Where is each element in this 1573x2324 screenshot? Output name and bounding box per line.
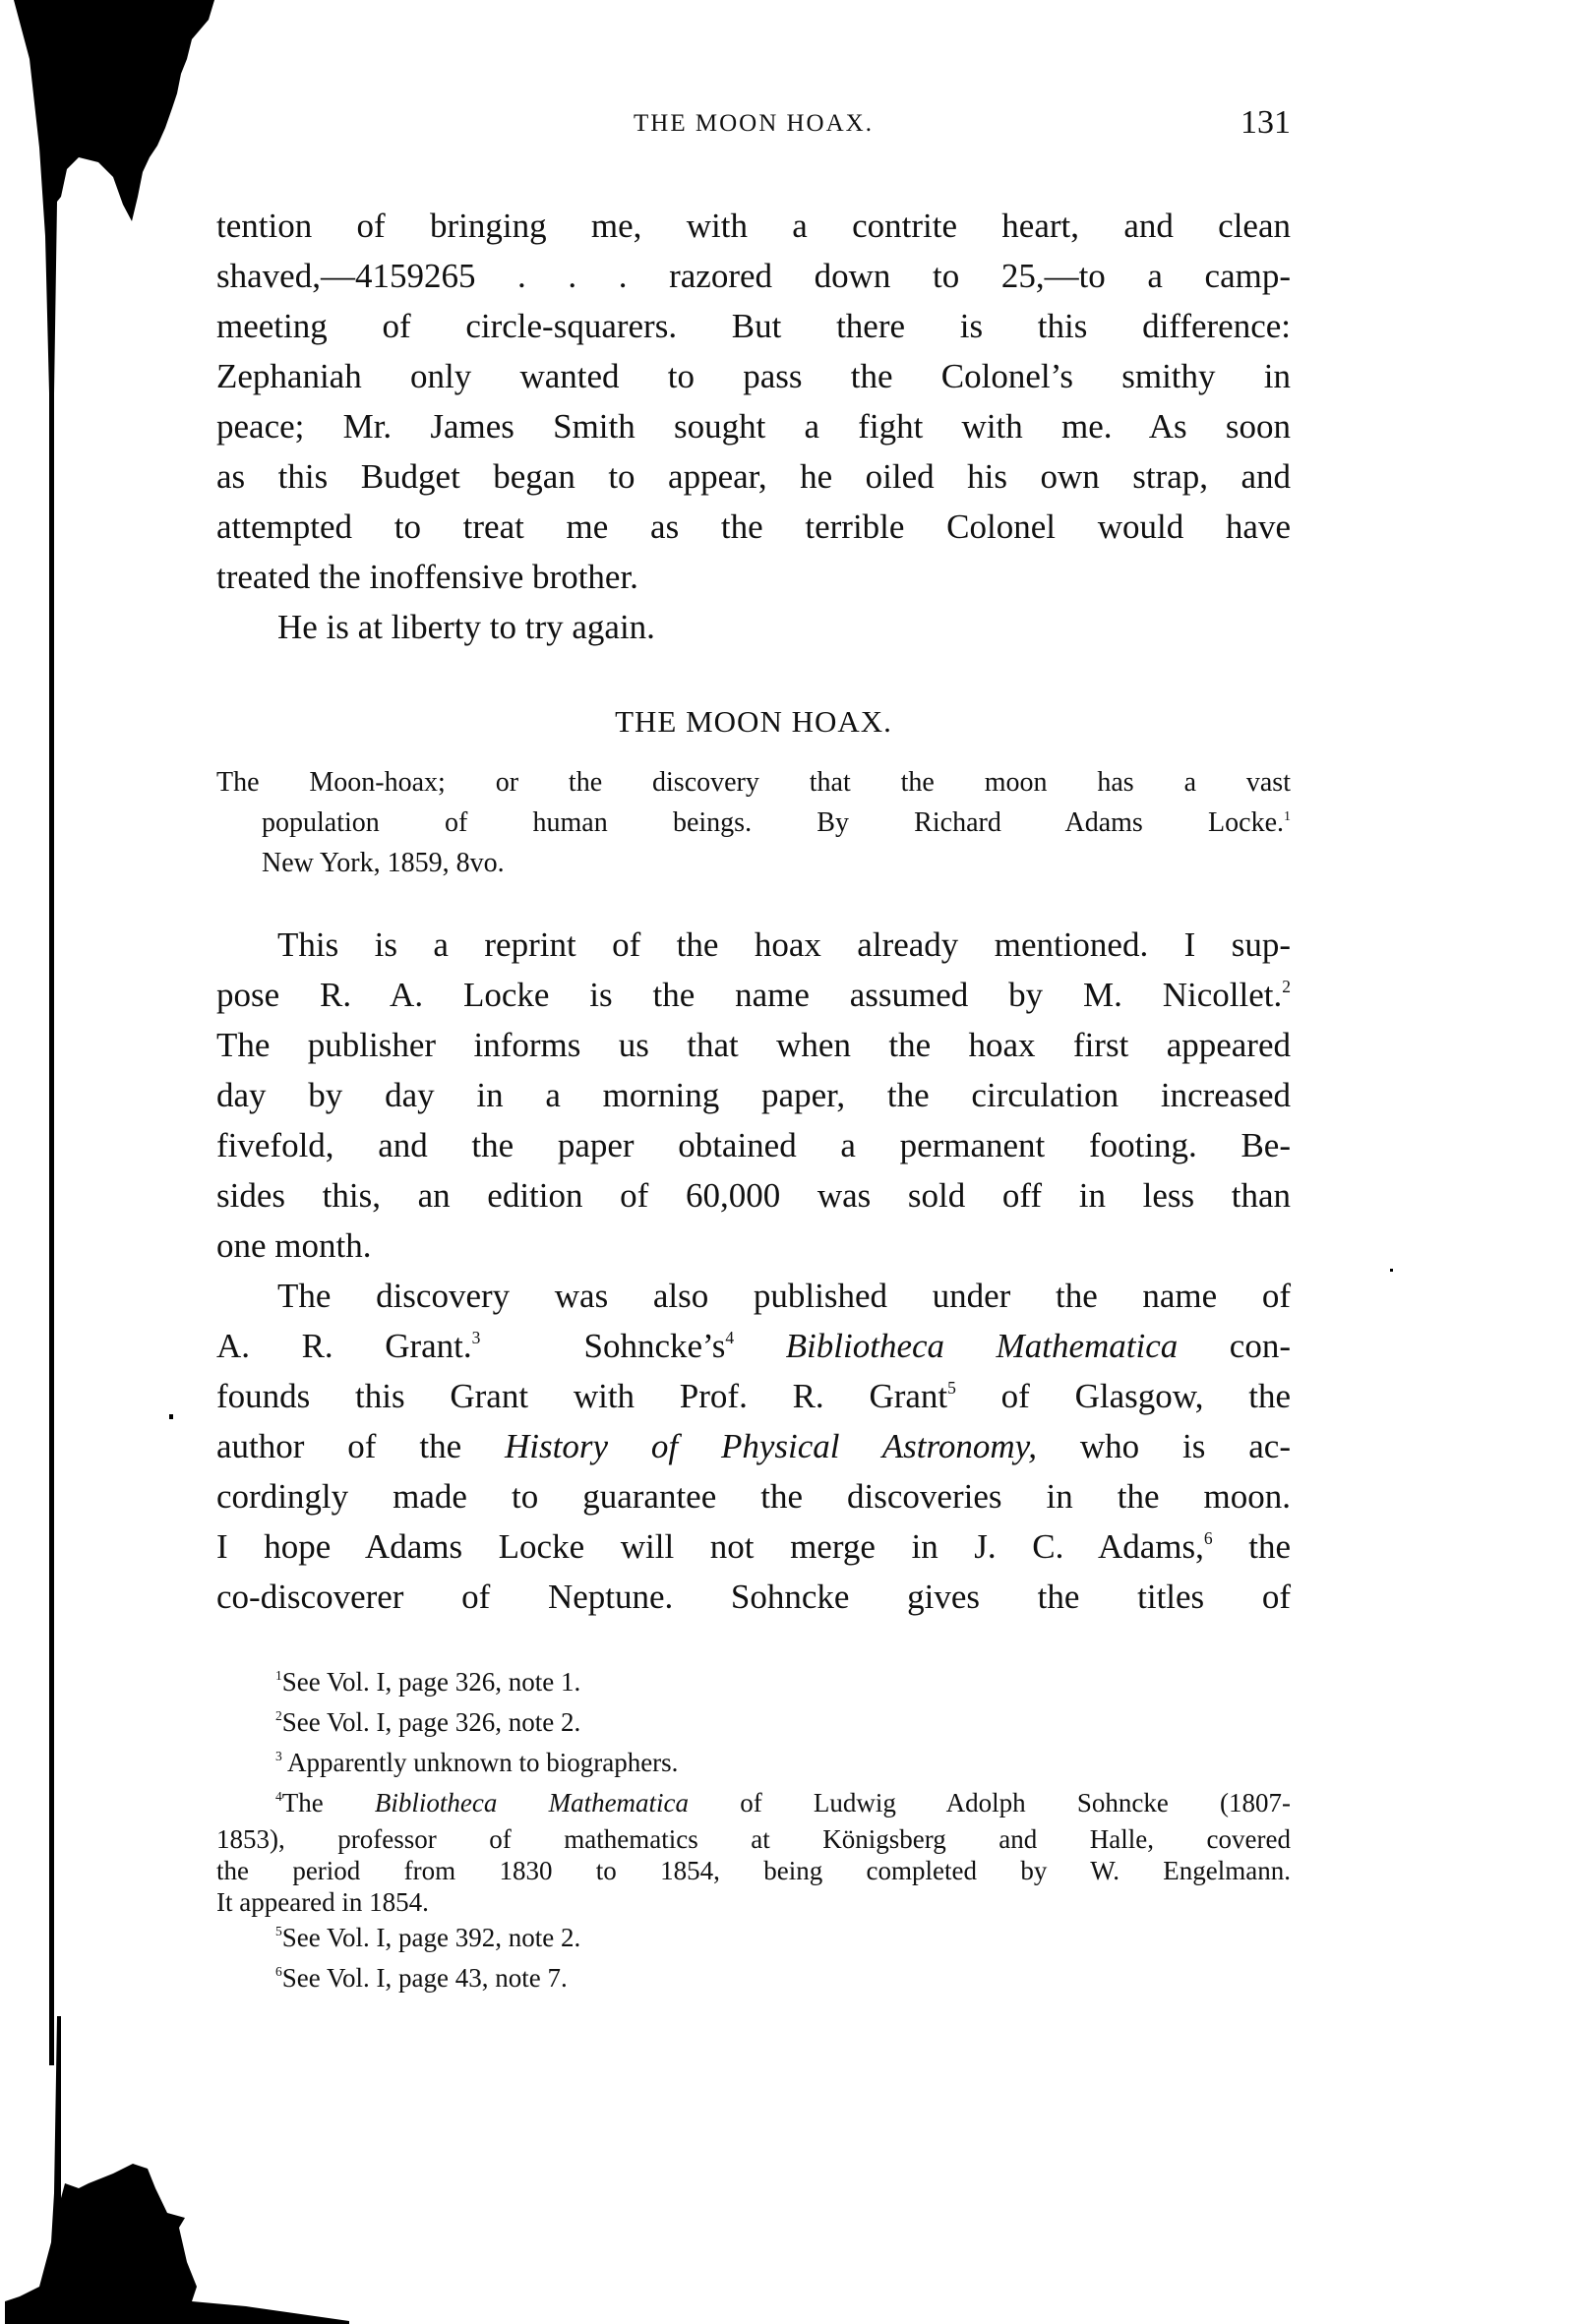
speck (169, 1414, 173, 1419)
continuation-paragraph: tention of bringing me, with a contrite … (216, 201, 1291, 652)
footnote-mark: 2 (275, 1708, 282, 1723)
text-line: A. R. Grant.3 Sohncke’s4 Bibliotheca Mat… (216, 1321, 1291, 1371)
footnote-text: See Vol. I, page 43, note 7. (282, 1963, 568, 1993)
scan-edge-left-line (47, 295, 57, 2065)
footnote-3: 3 Apparently unknown to biographers. (216, 1743, 1291, 1783)
footnote-mark: 5 (275, 1924, 282, 1938)
footnote-text: Apparently unknown to biographers. (282, 1748, 679, 1777)
footnote-ref[interactable]: 5 (947, 1378, 956, 1398)
footnote-mark: 3 (275, 1749, 282, 1763)
text-segment: pose R. A. Locke is the name assumed by … (216, 976, 1282, 1014)
speck (1390, 1269, 1393, 1272)
text-segment: founds this Grant with Prof. R. Grant (216, 1377, 947, 1415)
book-title: Bibliotheca Mathematica (786, 1327, 1179, 1365)
footnote-5: 5See Vol. I, page 392, note 2. (216, 1918, 1291, 1958)
footnote-4: 4The Bibliotheca Mathematica of Ludwig A… (216, 1783, 1291, 1823)
footnote-text: See Vol. I, page 392, note 2. (282, 1923, 580, 1952)
text-line: pose R. A. Locke is the name assumed by … (216, 970, 1291, 1020)
text-line: co-discoverer of Neptune. Sohncke gives … (216, 1572, 1291, 1622)
footnote-ref[interactable]: 6 (1204, 1528, 1213, 1548)
footnote-1: 1See Vol. I, page 326, note 1. (216, 1662, 1291, 1702)
text-line: sides this, an edition of 60,000 was sol… (216, 1170, 1291, 1221)
citation-line: population of human beings. By Richard A… (216, 803, 1291, 843)
page-number: 131 (1240, 104, 1291, 142)
text-line: This is a reprint of the hoax already me… (216, 920, 1291, 970)
footnote-ref[interactable]: 2 (1282, 977, 1291, 996)
text-segment: the (1213, 1527, 1291, 1566)
footnote-text: The (282, 1788, 375, 1817)
text-line: I hope Adams Locke will not merge in J. … (216, 1521, 1291, 1572)
text-line: author of the History of Physical Astron… (216, 1421, 1291, 1471)
citation-line: New York, 1859, 8vo. (216, 843, 1291, 883)
scan-edge-bottom-left (0, 2016, 354, 2324)
text-line: founds this Grant with Prof. R. Grant5 o… (216, 1371, 1291, 1421)
footnote-text: See Vol. I, page 326, note 2. (282, 1707, 580, 1737)
running-head: THE MOON HOAX. 131 (216, 110, 1291, 149)
footnote-text: See Vol. I, page 326, note 1. (282, 1667, 580, 1697)
text-line: The publisher informs us that when the h… (216, 1020, 1291, 1070)
text-segment: con- (1178, 1327, 1291, 1365)
bibliographic-citation: The Moon-hoax; or the discovery that the… (216, 762, 1291, 883)
book-title: History of Physical Astronomy, (505, 1427, 1037, 1465)
text-line: tention of bringing me, with a contrite … (216, 201, 1291, 251)
book-title: Bibliotheca Mathematica (375, 1788, 689, 1817)
text-line: fivefold, and the paper obtained a perma… (216, 1120, 1291, 1170)
footnote-mark: 6 (275, 1964, 282, 1979)
text-line: treated the inoffensive brother. (216, 552, 1291, 602)
footnote-ref[interactable]: 4 (725, 1328, 734, 1347)
footnote-mark: 4 (275, 1789, 282, 1804)
text-segment: I hope Adams Locke will not merge in J. … (216, 1527, 1204, 1566)
footnote-2: 2See Vol. I, page 326, note 2. (216, 1702, 1291, 1743)
footnotes: 1See Vol. I, page 326, note 1. 2See Vol.… (216, 1662, 1291, 1998)
footnote-4-line: the period from 1830 to 1854, being comp… (216, 1855, 1291, 1886)
text-line: as this Budget began to appear, he oiled… (216, 451, 1291, 502)
citation-text: population of human beings. By Richard A… (262, 807, 1284, 838)
text-line: The discovery was also published under t… (216, 1271, 1291, 1321)
text-line: day by day in a morning paper, the circu… (216, 1070, 1291, 1120)
text-line: Zephaniah only wanted to pass the Colone… (216, 351, 1291, 401)
section-heading: THE MOON HOAX. (216, 704, 1291, 740)
text-segment: who is ac- (1037, 1427, 1291, 1465)
footnote-4-line: 1853), professor of mathematics at König… (216, 1823, 1291, 1855)
text-line: peace; Mr. James Smith sought a fight wi… (216, 401, 1291, 451)
text-segment: author of the (216, 1427, 505, 1465)
text-line: shaved,—4159265 . . . razored down to 25… (216, 251, 1291, 301)
citation-line: The Moon-hoax; or the discovery that the… (216, 762, 1291, 803)
text-line: cordingly made to guarantee the discover… (216, 1471, 1291, 1521)
text-line: attempted to treat me as the terrible Co… (216, 502, 1291, 552)
footnote-6: 6See Vol. I, page 43, note 7. (216, 1958, 1291, 1998)
paragraph-discovery: The discovery was also published under t… (216, 1271, 1291, 1622)
text-line: one month. (216, 1221, 1291, 1271)
text-segment: of Glasgow, the (956, 1377, 1291, 1415)
running-title: THE MOON HOAX. (216, 110, 1291, 138)
paragraph-reprint: This is a reprint of the hoax already me… (216, 920, 1291, 1271)
footnote-ref[interactable]: 1 (1284, 809, 1291, 824)
closing-line: He is at liberty to try again. (216, 602, 1291, 652)
scan-edge-top-left (0, 0, 216, 393)
text-segment: Sohncke’s (480, 1327, 725, 1365)
text-line: meeting of circle-squarers. But there is… (216, 301, 1291, 351)
footnote-text: of Ludwig Adolph Sohncke (1807- (689, 1788, 1291, 1817)
footnote-4-line: It appeared in 1854. (216, 1886, 1291, 1918)
footnote-mark: 1 (275, 1668, 282, 1683)
text-segment: A. R. Grant. (216, 1327, 472, 1365)
